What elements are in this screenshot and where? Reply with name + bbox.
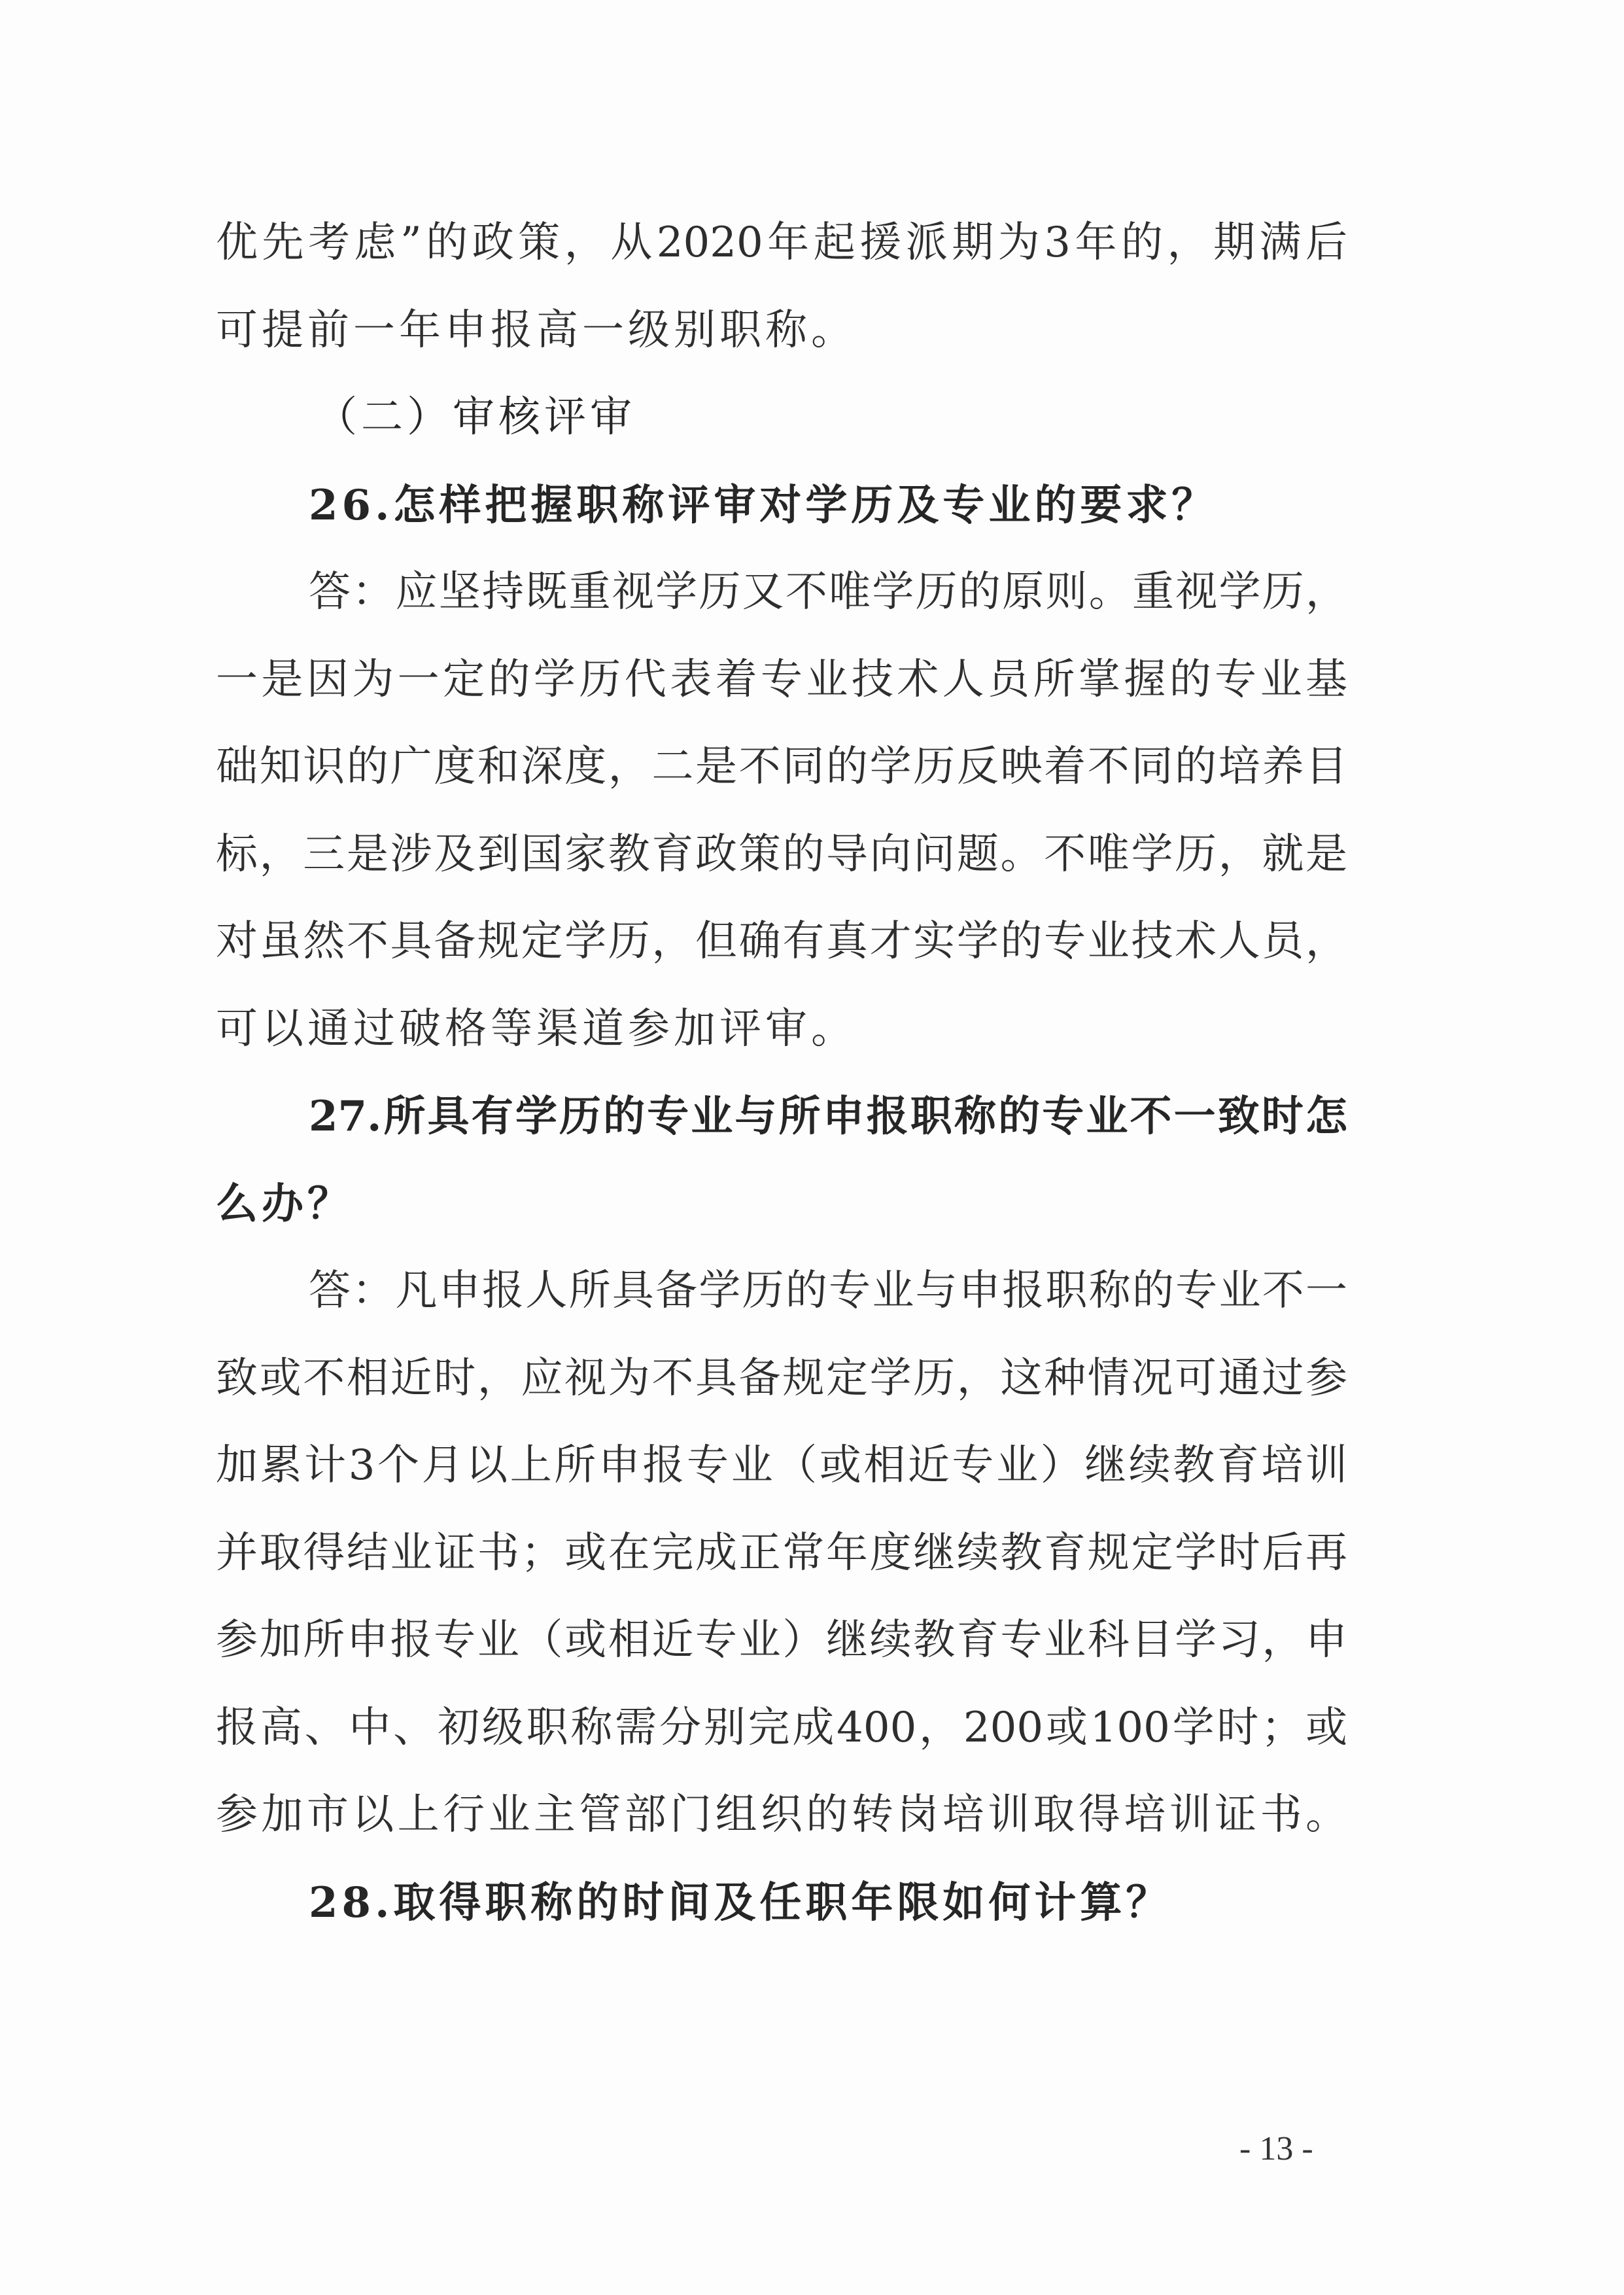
body-line: 标，三是涉及到国家教育政策的导向问题。不唯学历，就是 [216, 811, 1347, 899]
answer-line: 答：凡申报人所具备学历的专业与申报职称的专业不一 [216, 1248, 1347, 1335]
body-line: 可以通过破格等渠道参加评审。 [216, 986, 1347, 1074]
section-subheading: （二）审核评审 [216, 374, 1347, 462]
body-line: 并取得结业证书；或在完成正常年度继续教育规定学时后再 [216, 1510, 1347, 1598]
question-heading-28: 28.取得职称的时间及任职年限如何计算？ [216, 1859, 1347, 1947]
page-number: - 13 - [1239, 2129, 1313, 2168]
body-line: 致或不相近时，应视为不具备规定学历，这种情况可通过参 [216, 1335, 1347, 1423]
body-line: 报高、中、初级职称需分别完成400，200或100学时；或 [216, 1685, 1347, 1772]
document-body: 优先考虑”的政策，从2020年起援派期为3年的，期满后 可提前一年申报高一级别职… [216, 200, 1347, 1946]
document-page: 优先考虑”的政策，从2020年起援派期为3年的，期满后 可提前一年申报高一级别职… [0, 0, 1624, 2295]
question-heading-27: 27.所具有学历的专业与所申报职称的专业不一致时怎 [216, 1073, 1347, 1161]
question-heading-27-cont: 么办？ [216, 1161, 1347, 1248]
body-line: 可提前一年申报高一级别职称。 [216, 287, 1347, 375]
body-line: 参加市以上行业主管部门组织的转岗培训取得培训证书。 [216, 1772, 1347, 1859]
answer-line: 答：应坚持既重视学历又不唯学历的原则。重视学历， [216, 549, 1347, 637]
question-heading-26: 26.怎样把握职称评审对学历及专业的要求？ [216, 462, 1347, 550]
body-line: 础知识的广度和深度，二是不同的学历反映着不同的培养目 [216, 724, 1347, 811]
body-line: 一是因为一定的学历代表着专业技术人员所掌握的专业基 [216, 637, 1347, 724]
body-line: 参加所申报专业（或相近专业）继续教育专业科目学习，申 [216, 1597, 1347, 1685]
body-line: 优先考虑”的政策，从2020年起援派期为3年的，期满后 [216, 200, 1347, 287]
body-line: 对虽然不具备规定学历，但确有真才实学的专业技术人员， [216, 898, 1347, 986]
body-line: 加累计3个月以上所申报专业（或相近专业）继续教育培训 [216, 1422, 1347, 1510]
